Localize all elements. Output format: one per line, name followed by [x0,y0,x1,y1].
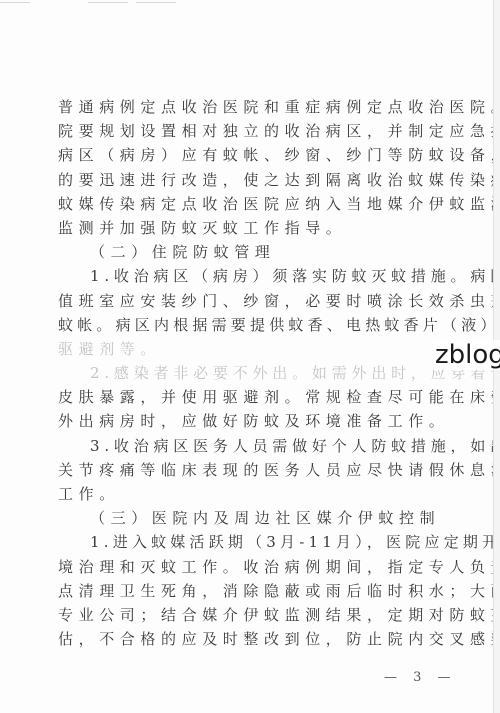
list-item-first-line: 3.收治病区医务人员需做好个人防蚊措施，如出现发热、皮疹、 [58,434,434,458]
body-line: 点清理卫生死角，消除隐蔽或雨后临时积水；大面积灭蚊应聘请 [58,579,434,603]
body-line: 皮肤暴露，并使用驱避剂。常规检查尽可能在床旁进行，因检查 [58,385,434,409]
body-line: 蚊帐。病区内根据需要提供蚊香、电热蚊香片（液）、电蚊拍、 [58,313,434,337]
body-line: 病区（病房）应有蚊帐、纱窗、纱门等防蚊设备，如不具备条件 [58,143,434,167]
scan-artifact [0,2,30,3]
scan-artifact [88,2,128,3]
body-line: 值班室应安装纱门、纱窗，必要时喷涂长效杀虫剂，病床应安装 [58,289,434,313]
body-line: 蚊媒传染病定点收治医院应纳入当地媒介伊蚊监测点，定期开展 [58,192,434,216]
body-line: 关节疼痛等临床表现的医务人员应尽快请假休息治疗，避免带病 [58,458,434,482]
body-line-faded: 驱避剂等。 [58,337,434,361]
body-line: 工作。 [58,482,434,506]
list-item-first-line: 1.进入蚊媒活跃期（3月-11月），医院应定期开展院区内环 [58,530,434,554]
body-line: 专业公司；结合媒介伊蚊监测结果，定期对防蚊灭蚊效果进行评 [58,603,434,627]
body-line: 外出病房时，应做好防蚊及环境准备工作。 [58,409,434,433]
body-line: 境治理和灭蚊工作。收治病例期间，指定专人负责每天巡查，重 [58,555,434,579]
page-number: — 3 — [384,670,457,685]
body-line: 估，不合格的应及时整改到位，防止院内交叉感染。 [58,627,434,651]
section-heading: （三）医院内及周边社区媒介伊蚊控制 [58,506,434,530]
body-line: 普通病例定点收治医院和重症病例定点收治医院。各定点收治医 [58,95,434,119]
section-heading: （二）住院防蚊管理 [58,240,434,264]
document-body: 普通病例定点收治医院和重症病例定点收治医院。各定点收治医 院要规划设置相对独立的… [58,95,434,651]
body-line: 监测并加强防蚊灭蚊工作指导。 [58,216,434,240]
list-item-first-line: 1.收治病区（病房）须落实防蚊灭蚊措施。病区、医护办公室、 [58,264,434,288]
watermark-text: zblog [433,340,500,370]
scan-artifact [136,2,176,3]
document-page: 普通病例定点收治医院和重症病例定点收治医院。各定点收治医 院要规划设置相对独立的… [0,0,493,713]
body-line: 的要迅速进行改造，使之达到隔离收治蚊媒传染病病例的要求。 [58,168,434,192]
list-item-first-line-faded: 2.感染者非必要不外出。如需外出时，应穿着长袖衣裤，减少 [58,361,434,385]
body-line: 院要规划设置相对独立的收治病区，并制定应急扩容预案。收治 [58,119,434,143]
